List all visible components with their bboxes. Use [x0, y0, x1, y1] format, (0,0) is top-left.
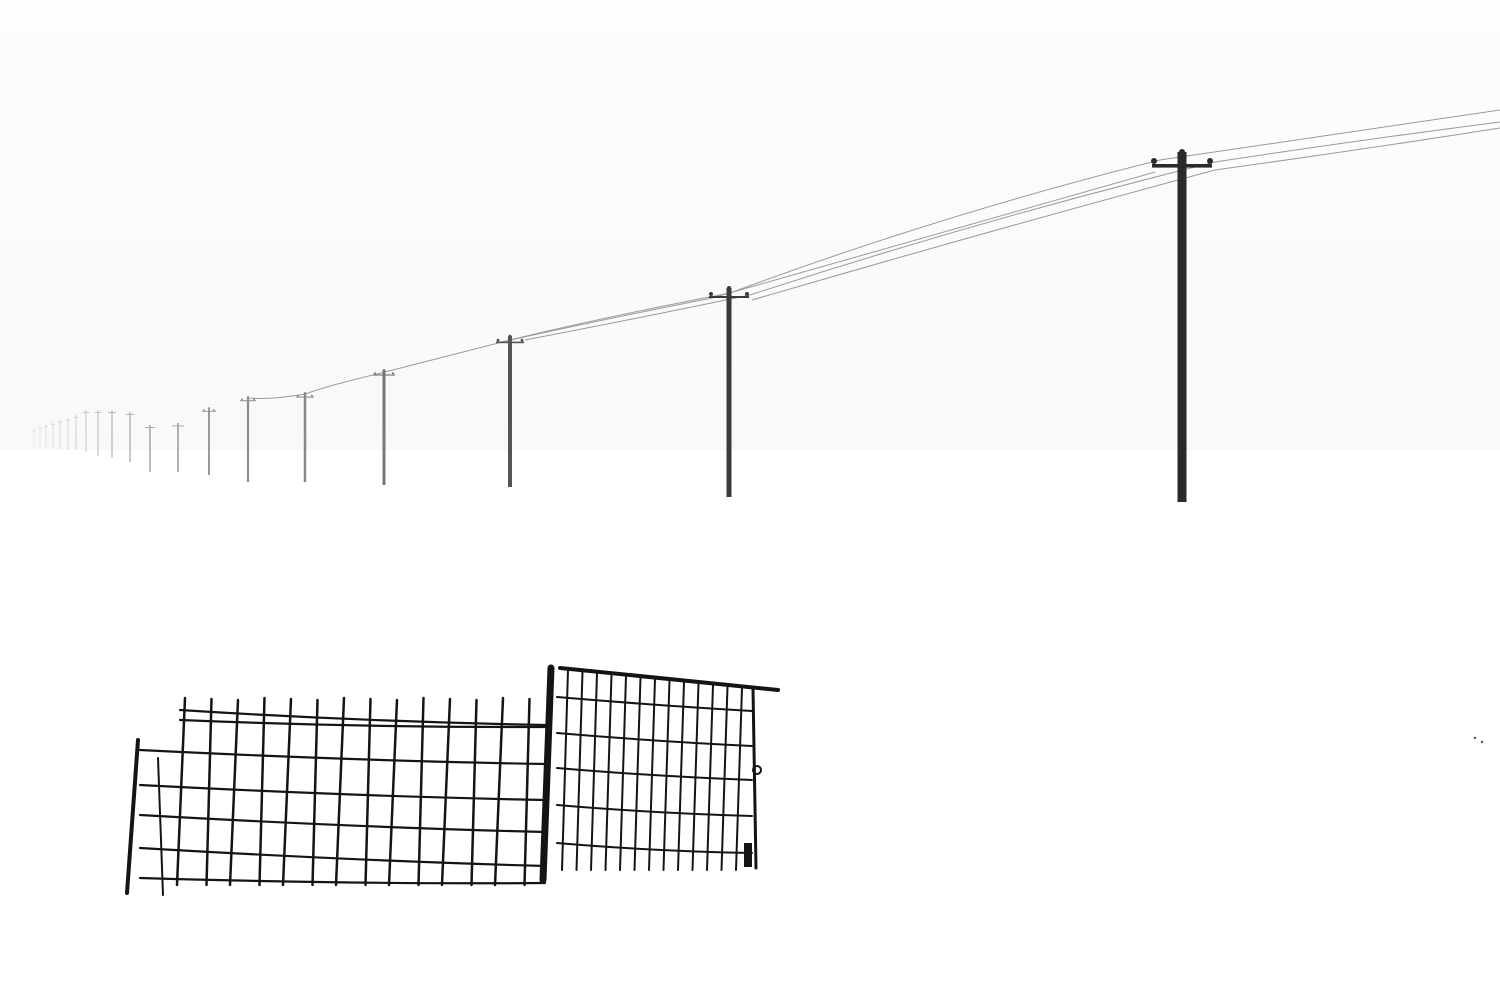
snowfield: [0, 450, 1500, 1000]
snow-landscape-photo: [0, 0, 1500, 1000]
